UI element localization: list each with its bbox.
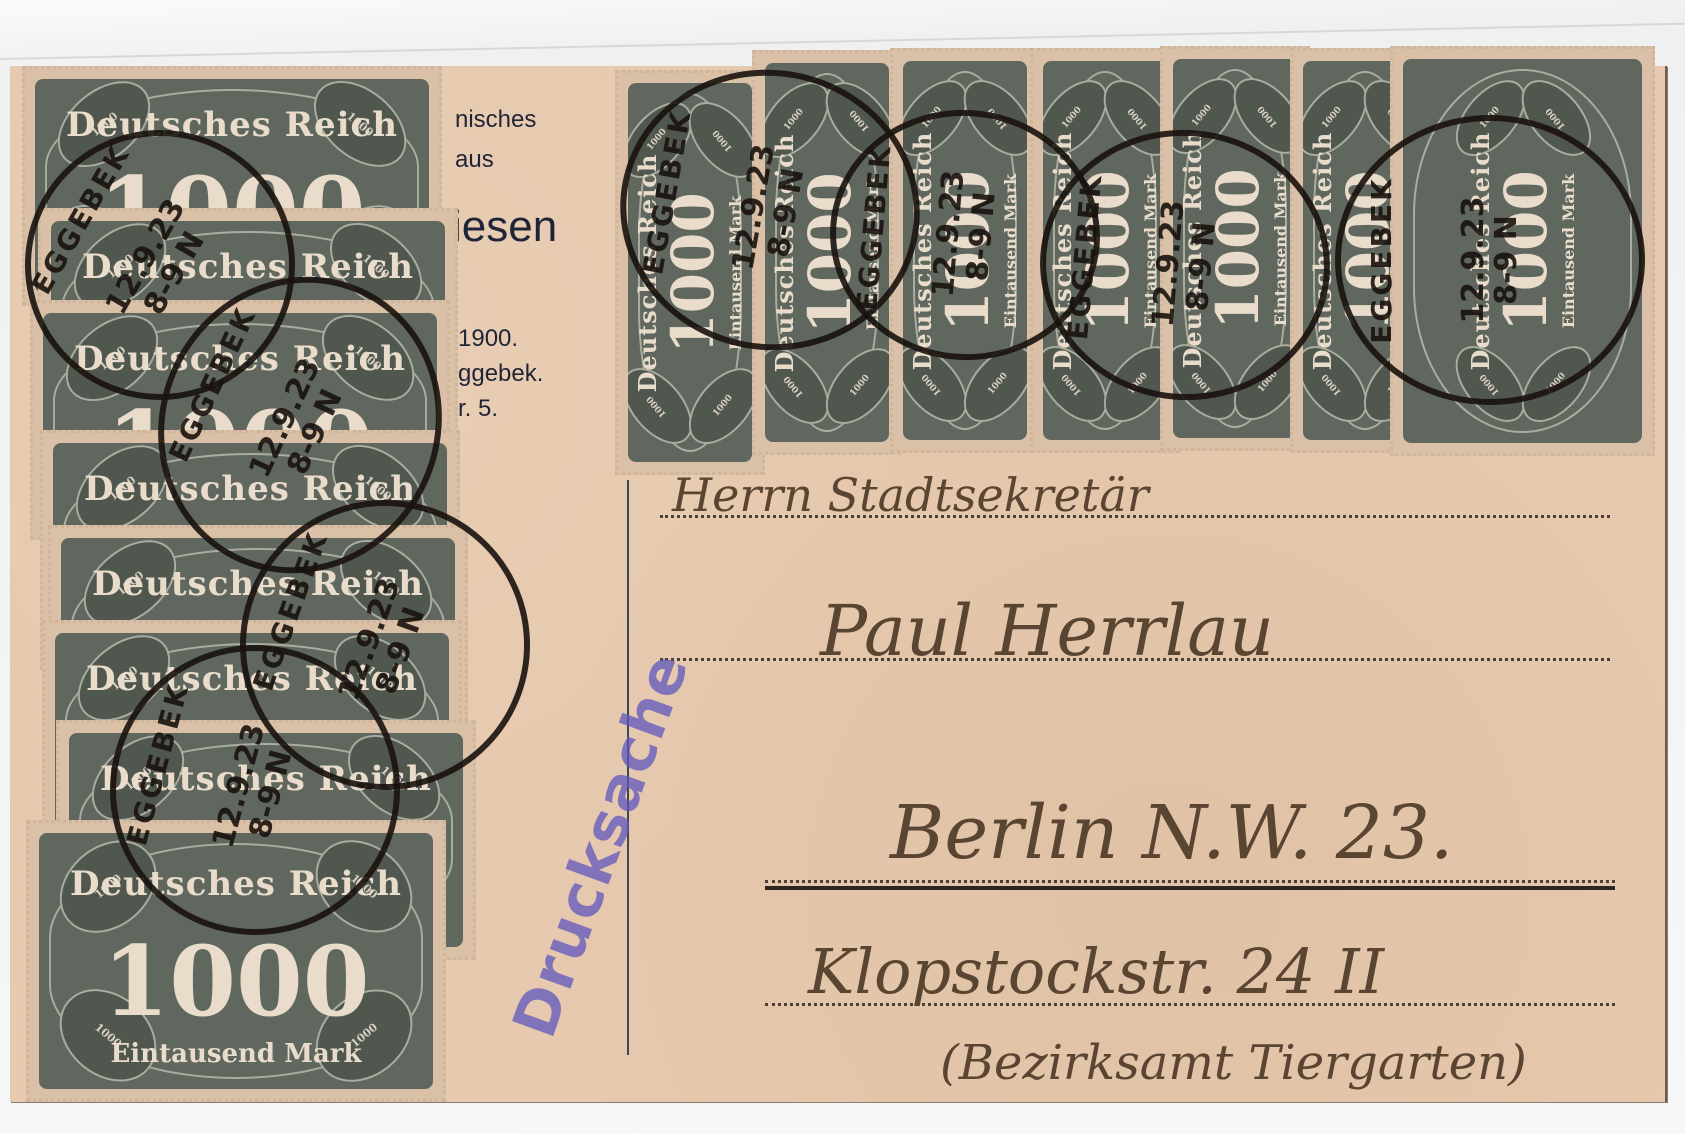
- postmark: EGGEBEK12.9.238-9 N: [1335, 115, 1645, 405]
- stamp-header: Deutsches Reich: [35, 105, 429, 145]
- address-street: Klopstockstr. 24 II: [808, 935, 1384, 1008]
- postmark-time: 8-9 N: [1490, 121, 1523, 399]
- address-underline: [765, 886, 1615, 890]
- postmark-town: EGGEBEK: [1365, 121, 1398, 399]
- sender-line-1: nisches: [455, 106, 536, 134]
- sender-line-2: aus: [455, 146, 494, 174]
- address-district: (Bezirksamt Tiergarten): [940, 1035, 1527, 1091]
- sender-line-5: ggebek.: [458, 360, 543, 388]
- address-line-3: [765, 880, 1615, 883]
- address-name: Paul Herrlau: [820, 590, 1274, 672]
- sender-line-6: r. 5.: [458, 395, 498, 423]
- address-city: Berlin N.W. 23.: [890, 790, 1453, 876]
- stamp-value: 1000: [39, 925, 433, 1038]
- postmark-date: 12.9.23: [1457, 121, 1490, 399]
- address-salutation: Herrn Stadtsekretär: [672, 468, 1149, 522]
- stamp-footer: Eintausend Mark: [39, 1039, 433, 1069]
- sender-line-4: 1900.: [458, 325, 518, 353]
- sender-name: iesen: [452, 202, 557, 252]
